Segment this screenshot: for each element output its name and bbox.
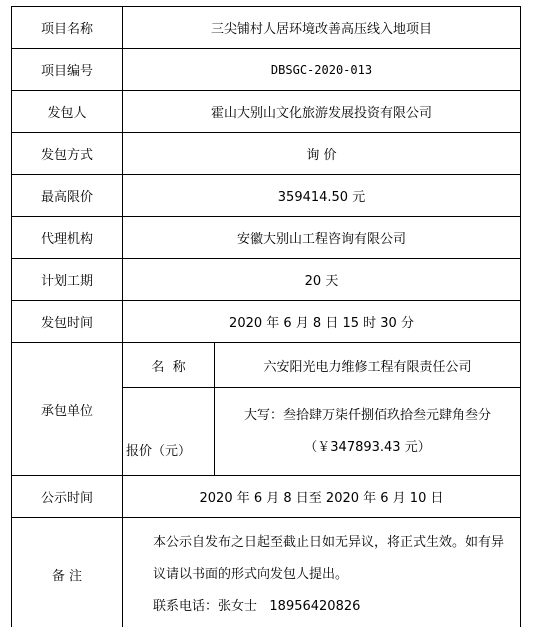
label-remarks: 备 注 <box>12 518 123 627</box>
row-max-price: 最高限价 359414.50 元 <box>12 175 521 217</box>
value-duration: 20 天 <box>123 259 521 301</box>
label-contractor-price: 报价（元） <box>123 388 215 476</box>
value-agency: 安徽大别山工程咨询有限公司 <box>123 217 521 259</box>
row-method: 发包方式 询 价 <box>12 133 521 175</box>
value-contractor-name: 六安阳光电力维修工程有限责任公司 <box>215 343 521 388</box>
label-award-time: 发包时间 <box>12 301 123 343</box>
label-project-code: 项目编号 <box>12 49 123 91</box>
row-publicity-time: 公示时间 2020 年 6 月 8 日至 2020 年 6 月 10 日 <box>12 476 521 518</box>
label-agency: 代理机构 <box>12 217 123 259</box>
label-project-name: 项目名称 <box>12 7 123 49</box>
row-project-code: 项目编号 DBSGC-2020-013 <box>12 49 521 91</box>
label-max-price: 最高限价 <box>12 175 123 217</box>
row-project-name: 项目名称 三尖铺村人居环境改善高压线入地项目 <box>12 7 521 49</box>
row-award-time: 发包时间 2020 年 6 月 8 日 15 时 30 分 <box>12 301 521 343</box>
value-project-name: 三尖铺村人居环境改善高压线入地项目 <box>123 7 521 49</box>
label-client: 发包人 <box>12 91 123 133</box>
value-method: 询 价 <box>123 133 521 175</box>
value-project-code: DBSGC-2020-013 <box>123 49 521 91</box>
label-publicity-time: 公示时间 <box>12 476 123 518</box>
row-contractor-name: 承包单位 名 称 六安阳光电力维修工程有限责任公司 <box>12 343 521 388</box>
remarks-contact: 联系电话：张女士 18956420826 <box>127 591 516 623</box>
value-max-price: 359414.50 元 <box>123 175 521 217</box>
price-in-words: 大写：叁拾肆万柒仟捌佰玖拾叁元肆角叁分 <box>215 400 520 432</box>
value-client: 霍山大别山文化旅游发展投资有限公司 <box>123 91 521 133</box>
label-method: 发包方式 <box>12 133 123 175</box>
label-duration: 计划工期 <box>12 259 123 301</box>
row-remarks: 备 注 本公示自发布之日起至截止日如无异议，将正式生效。如有异议请以书面的形式向… <box>12 518 521 627</box>
value-contractor-price: 大写：叁拾肆万柒仟捌佰玖拾叁元肆角叁分 （￥347893.43 元） <box>215 388 521 476</box>
value-remarks: 本公示自发布之日起至截止日如无异议，将正式生效。如有异议请以书面的形式向发包人提… <box>123 518 521 627</box>
award-notice-table: 项目名称 三尖铺村人居环境改善高压线入地项目 项目编号 DBSGC-2020-0… <box>11 6 521 627</box>
price-in-numbers: （￥347893.43 元） <box>215 432 520 464</box>
label-contractor-name: 名 称 <box>123 343 215 388</box>
row-client: 发包人 霍山大别山文化旅游发展投资有限公司 <box>12 91 521 133</box>
value-publicity-time: 2020 年 6 月 8 日至 2020 年 6 月 10 日 <box>123 476 521 518</box>
row-agency: 代理机构 安徽大别山工程咨询有限公司 <box>12 217 521 259</box>
row-duration: 计划工期 20 天 <box>12 259 521 301</box>
label-contractor: 承包单位 <box>12 343 123 476</box>
remarks-text: 本公示自发布之日起至截止日如无异议，将正式生效。如有异议请以书面的形式向发包人提… <box>127 527 516 591</box>
value-award-time: 2020 年 6 月 8 日 15 时 30 分 <box>123 301 521 343</box>
